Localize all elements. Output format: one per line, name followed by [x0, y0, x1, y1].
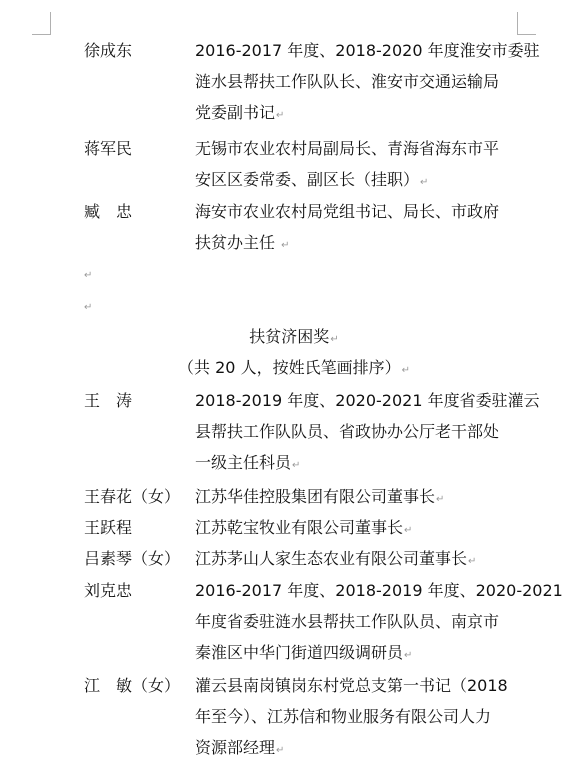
- description-line: 海安市农业农村局党组书记、局长、市政府: [195, 196, 525, 227]
- paragraph-mark-icon: ↵: [281, 240, 289, 251]
- paragraph-mark-icon: ↵: [404, 650, 412, 661]
- description-line: 2016-2017 年度、2018-2019 年度、2020-2021: [195, 575, 525, 606]
- paragraph-mark-icon: ↵: [436, 494, 444, 505]
- page-corner-mark-top-left: [32, 12, 51, 35]
- section-subtitle: （共 20 人，按姓氏笔画排序）↵: [0, 352, 588, 386]
- description-line: 年至今）、江苏信和物业服务有限公司人力: [195, 701, 525, 732]
- paragraph-mark-icon: ↵: [276, 110, 284, 121]
- description-line: 县帮扶工作队队员、省政协办公厅老干部处: [195, 416, 525, 447]
- description-text: 安区区委常委、副区长（挂职）: [195, 170, 419, 189]
- description-line: 江苏茅山人家生态农业有限公司董事长↵: [195, 543, 525, 577]
- paragraph-mark-icon: ↵: [292, 460, 300, 471]
- paragraph-mark-icon: ↵: [330, 334, 338, 345]
- description-line: 江苏乾宝牧业有限公司董事长↵: [195, 512, 525, 546]
- recipient-description: 2018-2019 年度、2020-2021 年度省委驻灌云 县帮扶工作队队员、…: [195, 385, 525, 481]
- description-line: 江苏华佳控股集团有限公司董事长↵: [195, 481, 525, 515]
- description-line: 资源部经理↵: [195, 732, 525, 766]
- description-text: 党委副书记: [195, 103, 275, 122]
- description-text: 江苏茅山人家生态农业有限公司董事长: [195, 549, 467, 568]
- recipient-name: 江 敏（女）: [84, 670, 180, 701]
- description-text: 江苏华佳控股集团有限公司董事长: [195, 487, 435, 506]
- recipient-description: 无锡市农业农村局副局长、青海省海东市平 安区区委常委、副区长（挂职）↵: [195, 133, 525, 198]
- description-line: 党委副书记↵: [195, 97, 525, 131]
- recipient-description: 江苏茅山人家生态农业有限公司董事长↵: [195, 543, 525, 577]
- paragraph-mark-icon: ↵: [276, 745, 284, 756]
- recipient-name: 蒋军民: [84, 133, 132, 164]
- description-text: 江苏乾宝牧业有限公司董事长: [195, 518, 403, 537]
- section-title: 扶贫济困奖↵: [0, 321, 588, 355]
- paragraph-mark-icon: ↵: [84, 270, 92, 281]
- page-corner-mark-top-right: [517, 12, 536, 35]
- description-line: 无锡市农业农村局副局长、青海省海东市平: [195, 133, 525, 164]
- section-subtitle-text: （共 20 人，按姓氏笔画排序）: [178, 358, 401, 377]
- description-line: 涟水县帮扶工作队队长、淮安市交通运输局: [195, 66, 525, 97]
- recipient-name: 王跃程: [84, 512, 132, 543]
- description-line: 2018-2019 年度、2020-2021 年度省委驻灌云: [195, 385, 525, 416]
- paragraph-mark-icon: ↵: [402, 365, 410, 376]
- paragraph-mark-icon: ↵: [84, 302, 92, 313]
- paragraph-mark-icon: ↵: [468, 556, 476, 567]
- recipient-description: 海安市农业农村局党组书记、局长、市政府 扶贫办主任 ↵: [195, 196, 525, 261]
- recipient-name: 刘克忠: [84, 575, 132, 606]
- description-text: 一级主任科员: [195, 453, 291, 472]
- description-text: 资源部经理: [195, 738, 275, 757]
- recipient-name: 臧 忠: [84, 196, 132, 227]
- recipient-name: 吕素琴（女）: [84, 543, 180, 574]
- paragraph-mark-icon: ↵: [404, 525, 412, 536]
- recipient-description: 江苏乾宝牧业有限公司董事长↵: [195, 512, 525, 546]
- description-line: 灌云县南岗镇岗东村党总支第一书记（2018: [195, 670, 525, 701]
- recipient-name: 徐成东: [84, 35, 132, 66]
- section-title-text: 扶贫济困奖: [249, 327, 329, 346]
- description-line: 秦淮区中华门街道四级调研员↵: [195, 637, 525, 671]
- recipient-name: 王春花（女）: [84, 481, 180, 512]
- recipient-description: 江苏华佳控股集团有限公司董事长↵: [195, 481, 525, 515]
- description-text: 扶贫办主任: [195, 233, 280, 252]
- description-line: 一级主任科员↵: [195, 447, 525, 481]
- recipient-description: 灌云县南岗镇岗东村党总支第一书记（2018 年至今）、江苏信和物业服务有限公司人…: [195, 670, 525, 766]
- recipient-description: 2016-2017 年度、2018-2019 年度、2020-2021 年度省委…: [195, 575, 525, 671]
- recipient-description: 2016-2017 年度、2018-2020 年度淮安市委驻 涟水县帮扶工作队队…: [195, 35, 525, 131]
- description-line: 年度省委驻涟水县帮扶工作队队员、南京市: [195, 606, 525, 637]
- description-text: 秦淮区中华门街道四级调研员: [195, 643, 403, 662]
- description-line: 2016-2017 年度、2018-2020 年度淮安市委驻: [195, 35, 525, 66]
- description-line: 扶贫办主任 ↵: [195, 227, 525, 261]
- description-line: 安区区委常委、副区长（挂职）↵: [195, 164, 525, 198]
- recipient-name: 王 涛: [84, 385, 132, 416]
- paragraph-mark-icon: ↵: [420, 177, 428, 188]
